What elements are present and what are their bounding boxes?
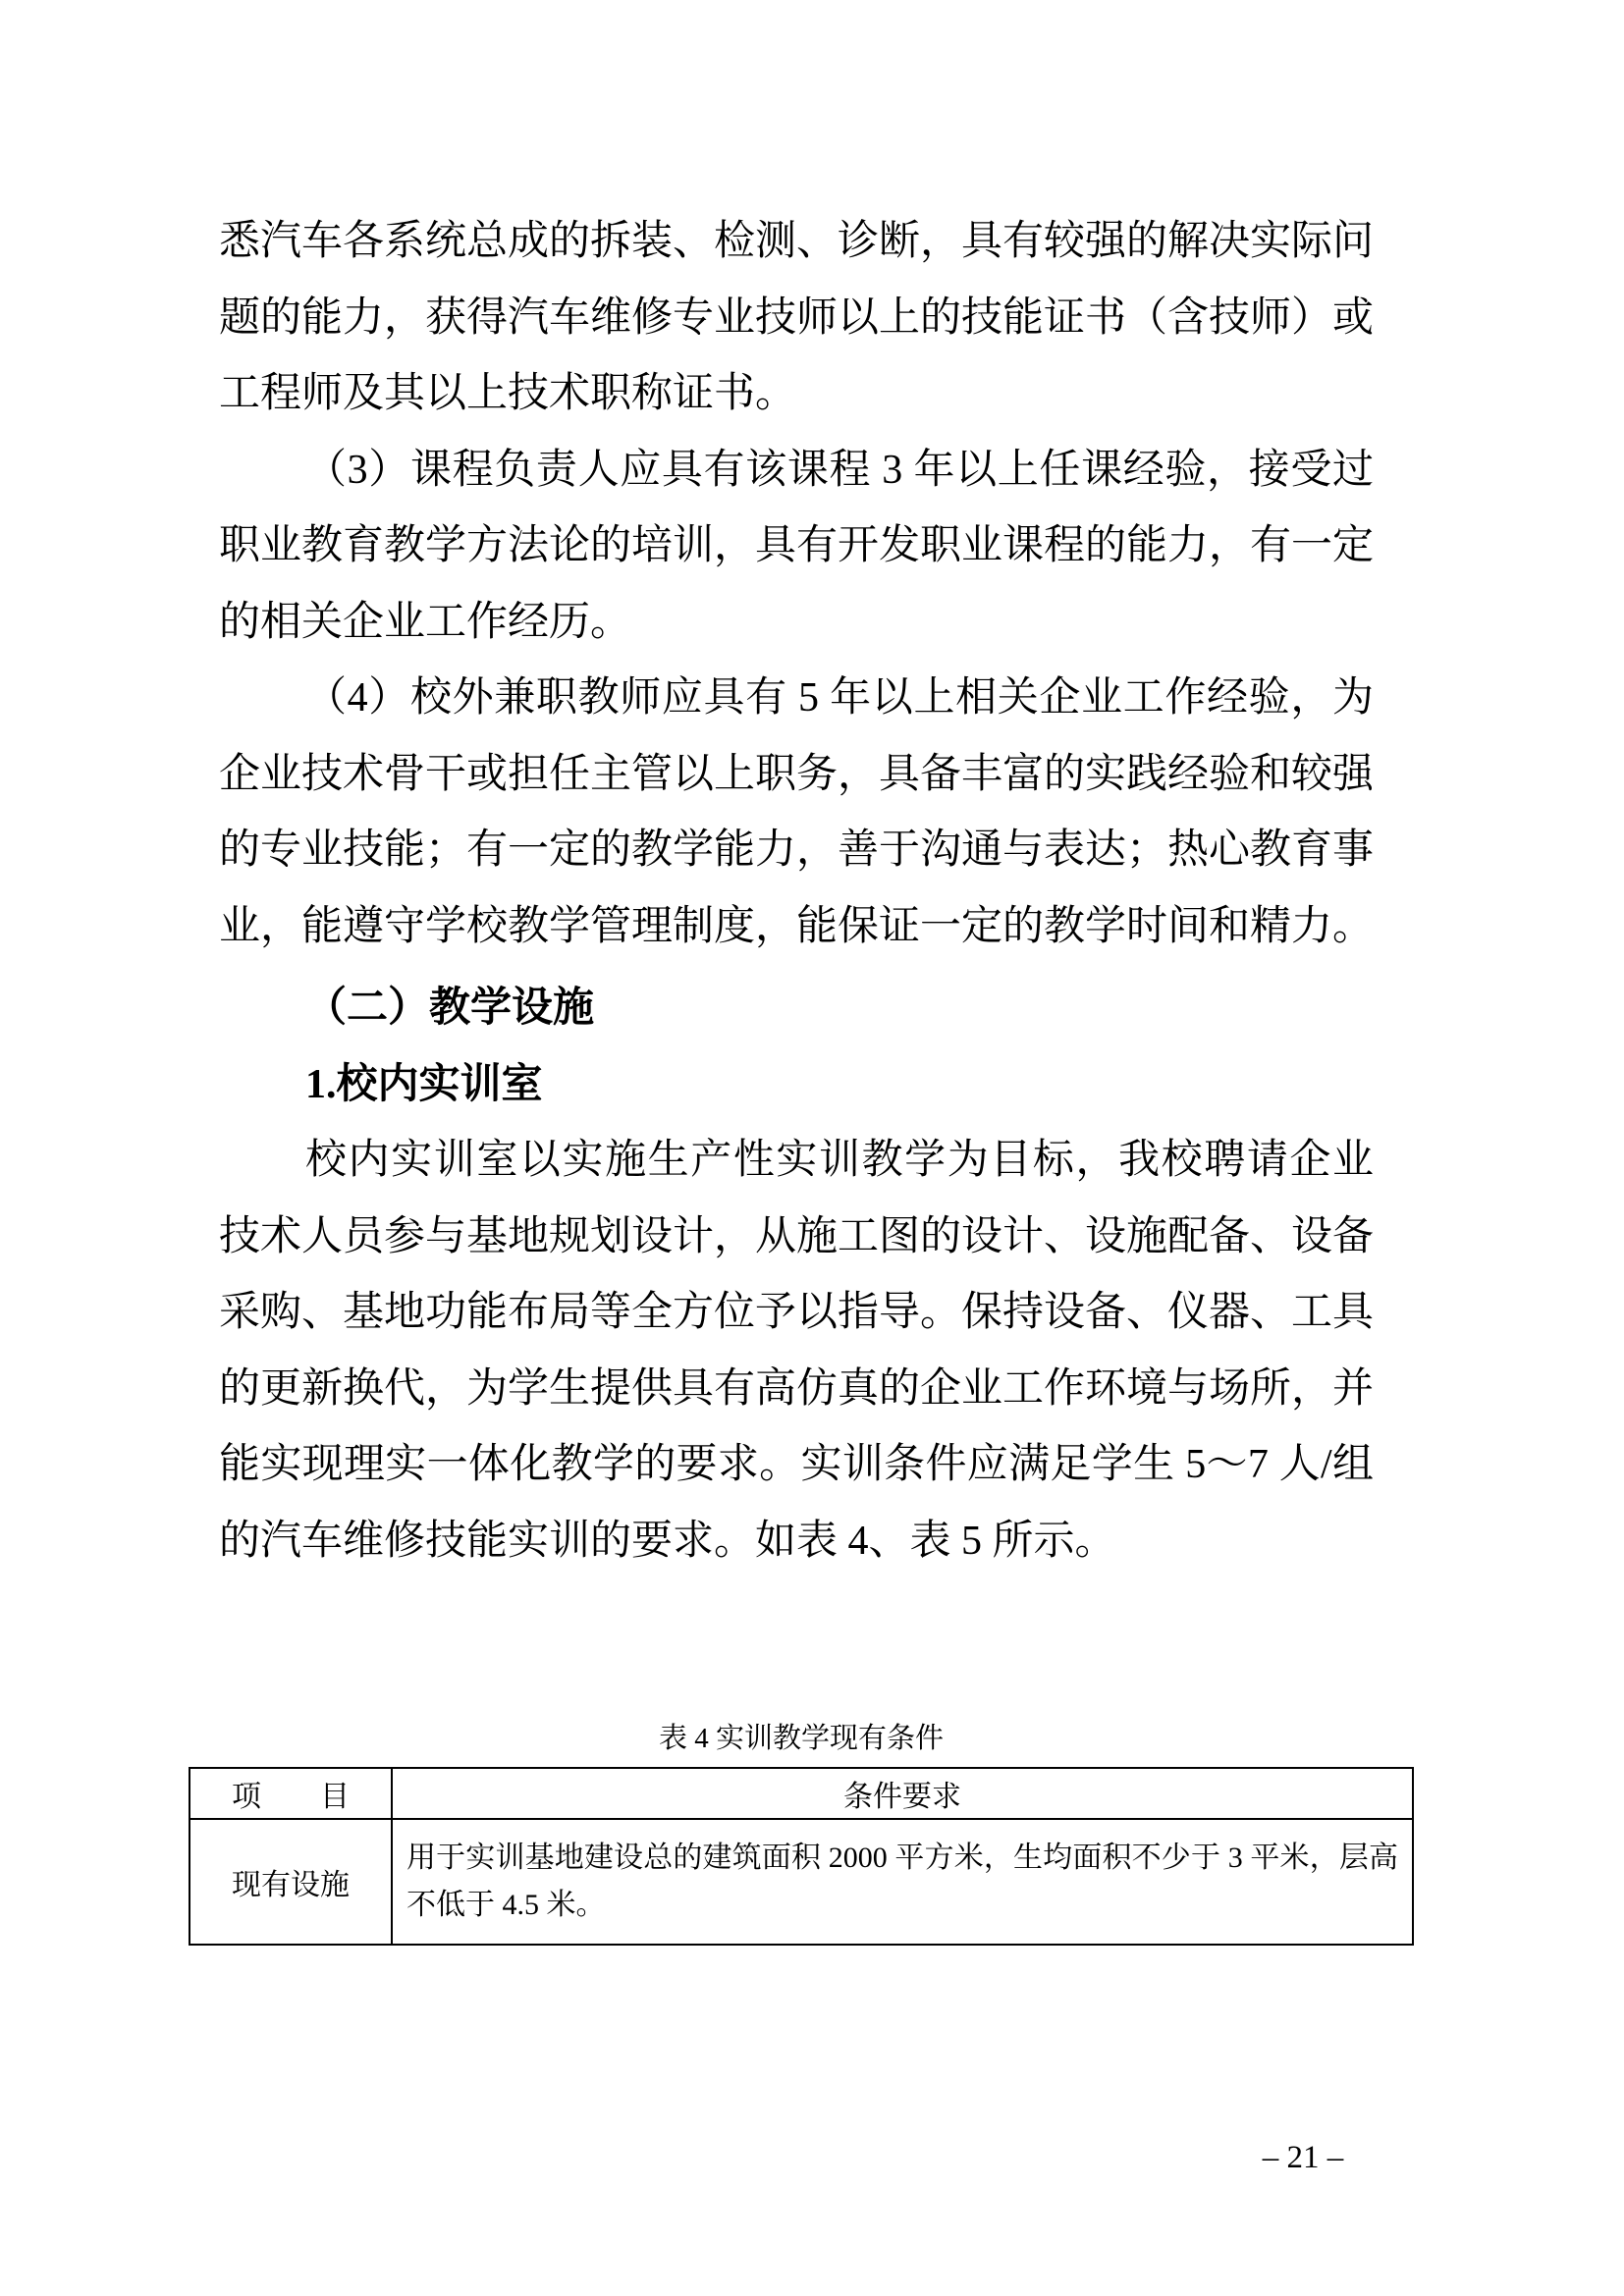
paragraph-external-teachers: （4）校外兼职教师应具有 5 年以上相关企业工作经验，为企业技术骨干或担任主管以… — [219, 661, 1374, 965]
paragraph-course-leader: （3）课程负责人应具有该课程 3 年以上任课经验，接受过职业教育教学方法论的培训… — [219, 433, 1374, 662]
page-number: – 21 – — [1205, 2138, 1401, 2177]
document-page: 悉汽车各系统总成的拆装、检测、诊断，具有较强的解决实际问题的能力，获得汽车维修专… — [0, 0, 1624, 2296]
table-cell-item: 现有设施 — [189, 1819, 392, 1945]
paragraph-training-rooms: 校内实训室以实施生产性实训教学为目标，我校聘请企业技术人员参与基地规划设计，从施… — [219, 1123, 1374, 1579]
table-header-requirement: 条件要求 — [392, 1768, 1413, 1819]
table-caption: 表 4 实训教学现有条件 — [189, 1720, 1414, 1757]
subsection-heading-training-rooms: 1.校内实训室 — [219, 1047, 1374, 1124]
table-header-row: 项 目 条件要求 — [189, 1768, 1413, 1819]
table-header-item: 项 目 — [189, 1768, 392, 1819]
conditions-table: 项 目 条件要求 现有设施 用于实训基地建设总的建筑面积 2000 平方米，生均… — [189, 1767, 1414, 1946]
body-text: 悉汽车各系统总成的拆装、检测、诊断，具有较强的解决实际问题的能力，获得汽车维修专… — [219, 204, 1374, 1579]
paragraph-continuation: 悉汽车各系统总成的拆装、检测、诊断，具有较强的解决实际问题的能力，获得汽车维修专… — [219, 204, 1374, 433]
section-heading-teaching-facilities: （二）教学设施 — [219, 971, 1374, 1047]
table-cell-requirement: 用于实训基地建设总的建筑面积 2000 平方米，生均面积不少于 3 平米，层高不… — [392, 1819, 1413, 1945]
table-row: 现有设施 用于实训基地建设总的建筑面积 2000 平方米，生均面积不少于 3 平… — [189, 1819, 1413, 1945]
